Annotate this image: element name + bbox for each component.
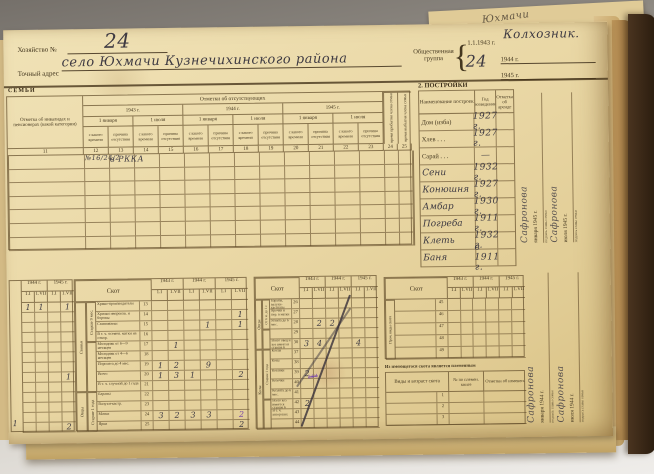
cell-value <box>233 350 249 359</box>
cell-value <box>185 391 201 400</box>
cell-value <box>217 390 233 399</box>
jan-header: 1 января <box>183 115 233 126</box>
cell-value <box>513 346 526 357</box>
cell-value <box>36 373 49 382</box>
pedigree-rows: 1 2 3 <box>386 391 526 426</box>
buildings-title: 2. ПОСТРОЙКИ <box>418 82 468 90</box>
jul-header: 1 июля <box>133 116 183 127</box>
cell-value <box>184 341 200 350</box>
cell <box>185 153 210 166</box>
cell-value <box>154 421 170 430</box>
signatures-1945: Сафронова января 1945 г. подпись главы с… <box>518 92 580 243</box>
row-number: 25 <box>142 421 154 430</box>
year-header: 1944 г. <box>184 278 216 289</box>
cell-value <box>168 321 184 330</box>
cell <box>10 237 86 251</box>
cell-value <box>48 302 61 311</box>
row-number: 21 <box>141 381 153 390</box>
cell <box>360 178 385 191</box>
household-number-label: Хозяйство № <box>17 45 56 54</box>
cell <box>9 169 85 183</box>
cell-value <box>366 358 379 367</box>
left-livestock-table: 1944 г. 1945 г. 1.I 1.VII 1.I 1.VII 1 1 … <box>9 279 75 432</box>
cell <box>385 178 399 191</box>
row-label: Всего овец и коз имеется старше 6 мес. <box>270 339 292 348</box>
cell-value <box>168 301 184 310</box>
cell <box>360 151 385 164</box>
cell-value <box>474 335 487 346</box>
page-stain <box>74 68 164 95</box>
row-number: 18 <box>141 351 153 360</box>
cell-kind <box>386 392 437 403</box>
row-label: Бараны <box>97 391 141 401</box>
cell <box>186 221 211 234</box>
row-label <box>395 299 436 311</box>
cell-value <box>49 392 62 401</box>
cell-value <box>22 323 35 332</box>
col25-header: время выбытия члена семьи <box>397 92 412 144</box>
cell-from <box>86 236 111 249</box>
cell <box>400 232 414 245</box>
row-label: Козлики <box>271 369 293 378</box>
cell-value <box>474 323 487 334</box>
cell-value <box>50 422 63 431</box>
cell <box>160 167 185 180</box>
cell-value <box>201 390 217 399</box>
pigs-rows: Хряки-производители 13 Хрячки непроизв. … <box>96 300 250 432</box>
cell-value <box>300 299 313 308</box>
cell-value <box>513 334 526 345</box>
subcol-from: с какого времени <box>183 125 208 146</box>
cell-number <box>449 392 484 402</box>
cell-value <box>185 351 201 360</box>
building-name: Погреба <box>421 216 476 233</box>
cell-value <box>49 412 62 421</box>
buildings-table: Наименование построек Год возведения Отм… <box>418 89 516 267</box>
cell-value <box>36 403 49 412</box>
cell <box>386 232 400 245</box>
cell-value <box>354 418 367 427</box>
table-row: Баня в 1911 г. <box>421 249 515 267</box>
cell-value: 2 <box>63 422 76 431</box>
year-header: 1943 г. <box>152 279 184 290</box>
cell-value <box>365 318 378 327</box>
cell <box>136 222 161 235</box>
cell-value <box>512 310 525 321</box>
row-label: Хрячки непроизв. и боровы <box>96 311 140 321</box>
cell-value <box>365 298 378 307</box>
cell-value <box>201 350 217 359</box>
row-number: 45 <box>436 299 448 310</box>
cell-value: 3 <box>169 371 185 380</box>
cell-value <box>367 418 380 427</box>
cell-value <box>233 390 249 399</box>
row-label: В т. ч. ангорских <box>271 409 293 418</box>
cell-value: 3 <box>300 339 313 348</box>
cell-value <box>184 321 200 330</box>
cell-value <box>233 400 249 409</box>
cell <box>310 179 335 192</box>
cell-number <box>449 403 484 413</box>
cell-value <box>233 380 249 389</box>
subcol-from: с какого времени <box>333 123 358 144</box>
cell <box>186 235 211 248</box>
cell-value <box>184 311 200 320</box>
row-label: Свиноматки <box>96 321 140 331</box>
cell-value <box>448 299 461 310</box>
cell-value <box>461 335 474 346</box>
cell-value <box>314 399 327 408</box>
cell-value <box>62 382 75 391</box>
col-building-note: Отметка об аренде <box>496 90 513 112</box>
cell <box>161 235 186 248</box>
cell-value <box>36 343 49 352</box>
cell-value <box>366 408 379 417</box>
cell <box>286 220 311 233</box>
row-label: В т. ч. случной до 1 года <box>97 381 141 391</box>
cell-value: 1 <box>168 341 184 350</box>
row-number: 3 <box>438 414 450 424</box>
cell-value <box>341 418 354 427</box>
row-number: 27 <box>292 309 300 318</box>
cell-value <box>352 308 365 317</box>
cell-value <box>500 346 513 357</box>
cell-value <box>48 332 61 341</box>
cell <box>360 192 385 205</box>
cell-kind <box>386 403 437 414</box>
cell-value: 1 <box>153 361 169 370</box>
cell <box>400 205 414 218</box>
cell-value <box>152 341 168 350</box>
subcol-reason: причина отсутствия <box>158 126 183 147</box>
pigs-sheep-table: Скот 1943 г. 1944 г. 1945 г. 1.I 1.VII 1… <box>74 277 249 431</box>
left-table-rows: 1 1 1 <box>22 302 76 433</box>
row-label: Молодняк от 4—6 месяцев <box>97 351 141 361</box>
cell-reason <box>111 209 136 222</box>
cell-value <box>23 353 36 362</box>
cell-value <box>186 421 202 430</box>
cell-value <box>461 311 474 322</box>
cell-value <box>366 398 379 407</box>
table-row: 49 <box>396 346 526 360</box>
cell-value <box>300 319 313 328</box>
row-label: Валухи-кастр. <box>97 401 141 411</box>
cell <box>160 154 185 167</box>
cell-value <box>301 349 314 358</box>
jan-header: 1 января <box>283 114 333 125</box>
cell <box>285 193 310 206</box>
table-title: Скот <box>75 279 152 302</box>
building-name: Баня <box>421 250 476 267</box>
subcol-from: с какого времени <box>133 126 158 147</box>
col-building-name: Наименование построек <box>419 91 475 114</box>
building-year: 1927 г. <box>475 113 497 129</box>
cell-value <box>23 343 36 352</box>
cell <box>136 236 161 249</box>
row-number: 30 <box>292 339 300 348</box>
cell-value <box>300 309 313 318</box>
cell-value <box>487 334 500 345</box>
cell-value <box>61 332 74 341</box>
cell-value: 2 <box>169 411 185 420</box>
cell-value <box>169 381 185 390</box>
cell <box>361 232 386 245</box>
cell-value <box>340 358 353 367</box>
cell-value <box>49 372 62 381</box>
row-number: 29 <box>292 329 300 338</box>
cell-from: №16/24/2 <box>85 155 110 168</box>
table-row: Погреба 1911 г. <box>421 215 515 233</box>
cell-value <box>23 363 36 372</box>
cell-value <box>170 421 186 430</box>
cell-value <box>49 382 62 391</box>
cell <box>399 178 413 191</box>
cell-value <box>62 402 75 411</box>
cell-value <box>216 300 232 309</box>
year-header: 1945 г. <box>352 276 378 287</box>
cell-reason <box>110 195 135 208</box>
cell-value <box>353 368 366 377</box>
cell-value <box>313 329 326 338</box>
cell-value: 3 <box>185 411 201 420</box>
building-name: Сарай . . . <box>420 148 476 165</box>
cell <box>361 219 386 232</box>
cell <box>335 178 360 191</box>
row-label: Молодняк от 6—9 месяцев <box>97 341 141 351</box>
cell-value <box>202 420 218 429</box>
cell <box>385 192 399 205</box>
cell-value <box>352 298 365 307</box>
cell-value <box>36 363 49 372</box>
cell-value <box>200 340 216 349</box>
cell-value <box>216 310 232 319</box>
cell-value <box>168 331 184 340</box>
cell-value <box>340 408 353 417</box>
cell <box>9 196 85 210</box>
cell-value <box>327 389 340 398</box>
cell-value: 1 <box>232 320 248 329</box>
cell <box>185 194 210 207</box>
cell <box>236 234 261 247</box>
cell-reason <box>111 236 136 249</box>
cell <box>286 206 311 219</box>
cell <box>400 218 414 231</box>
cell-value <box>232 330 248 339</box>
cell-value <box>313 309 326 318</box>
cell <box>385 151 399 164</box>
subgroup-empty <box>87 342 98 392</box>
cell-value <box>313 299 326 308</box>
social-group-number: 24 <box>465 51 487 70</box>
cell-value <box>365 338 378 347</box>
cell-value <box>36 353 49 362</box>
row-number: 19 <box>141 361 153 370</box>
row-label <box>395 323 436 335</box>
cell-value <box>217 360 233 369</box>
subgroup: Старше 1 года <box>87 392 98 432</box>
cell <box>260 179 285 192</box>
cell-value <box>366 348 379 357</box>
cell-value <box>62 412 75 421</box>
subcol: 1.VII <box>513 287 525 298</box>
row-label: Козочки <box>271 379 293 388</box>
subcol: 1.VII <box>200 289 216 300</box>
cell-value <box>201 380 217 389</box>
table-row: 2 <box>24 422 76 433</box>
cell-value <box>340 378 353 387</box>
cell-value: 1 <box>200 320 216 329</box>
row-label <box>396 347 437 359</box>
cell-value <box>49 402 62 411</box>
cell <box>385 164 399 177</box>
cell-value: 1 <box>22 303 35 312</box>
row-number: 2 <box>437 403 449 413</box>
building-year: 1927 г. <box>476 181 498 197</box>
subcol: 1.I <box>326 288 339 299</box>
cell <box>235 193 260 206</box>
cell-value <box>36 393 49 402</box>
cell <box>211 207 236 220</box>
cell-value <box>216 340 232 349</box>
cell <box>399 164 413 177</box>
row-number: 47 <box>436 323 448 334</box>
cell <box>10 223 86 237</box>
cell <box>310 165 335 178</box>
subcol: 1.VII <box>35 292 48 303</box>
cell-value <box>365 308 378 317</box>
jul-header: 1 июля <box>333 113 383 124</box>
cell-value <box>499 310 512 321</box>
family-section-label: СЕМЬИ <box>8 88 36 94</box>
cell-value <box>217 380 233 389</box>
cell-value: 1 <box>232 310 248 319</box>
subcol-reason: причина отсутствия <box>358 123 383 144</box>
jan-header: 1 января <box>83 116 133 127</box>
col-pedigree-number: № по племен. книге <box>449 372 484 392</box>
table-row: 3 <box>387 413 527 426</box>
row-label <box>272 419 294 428</box>
row-number: 20 <box>141 371 153 380</box>
building-note <box>498 181 515 197</box>
cell-value <box>200 330 216 339</box>
buildings-rows: Дом (изба) 1927 г. Хлев . . . 1927 г. Са… <box>418 113 516 267</box>
subcol: 1.VII <box>232 289 248 300</box>
subcol: 1.I <box>184 290 200 301</box>
table-row: Конюшня 1927 г. <box>420 181 514 199</box>
row-label: Хряки-производители <box>96 301 140 311</box>
cell <box>210 194 235 207</box>
cell <box>161 222 186 235</box>
cell-value <box>48 312 61 321</box>
subcol-reason: причина отсутствия <box>308 124 333 145</box>
cell-value <box>499 322 512 333</box>
subcol-from: с какого времени <box>283 124 308 145</box>
cell-reason: в РККА <box>110 154 135 167</box>
cell-kind <box>387 414 438 425</box>
row-number: 16 <box>140 331 152 340</box>
building-note <box>497 130 514 146</box>
cell-value <box>48 322 61 331</box>
group-sheep: Овцы <box>76 392 88 432</box>
row-number: 46 <box>436 311 448 322</box>
cell-value <box>500 334 513 345</box>
cell-value <box>23 393 36 402</box>
cell-value <box>366 388 379 397</box>
cell-value <box>62 392 75 401</box>
cell-value <box>36 413 49 422</box>
cell-value <box>185 401 201 410</box>
cell <box>285 152 310 165</box>
cell-reason <box>111 222 136 235</box>
cell <box>160 194 185 207</box>
cell-value <box>61 312 74 321</box>
cell <box>311 233 336 246</box>
cell-value <box>201 370 217 379</box>
row-label: Ягнята до 6 мес. <box>270 319 292 328</box>
cell <box>160 181 185 194</box>
cell <box>311 206 336 219</box>
cell-value <box>300 329 313 338</box>
cell-value <box>217 410 233 419</box>
building-note <box>498 232 515 248</box>
cell <box>336 206 361 219</box>
cell-value <box>366 378 379 387</box>
subcol: 1.I <box>48 291 61 302</box>
photo-scene: Юхмачи Хозяйство № 24 Точный адрес село … <box>0 0 654 474</box>
cell <box>335 165 360 178</box>
cell <box>260 152 285 165</box>
signature-column: Сафронова января 1945 г. подпись главы с… <box>518 93 550 243</box>
cell-value <box>152 321 168 330</box>
building-note <box>497 147 514 163</box>
cell-value <box>153 351 169 360</box>
cell-reason <box>110 182 135 195</box>
cell-value <box>474 347 487 358</box>
cell-value <box>23 373 36 382</box>
cell-value <box>24 423 37 432</box>
cell <box>186 208 211 221</box>
cell-value: 9 <box>201 360 217 369</box>
cell-value: 4 <box>352 338 365 347</box>
cell <box>235 153 260 166</box>
row-label: Ярки <box>98 421 142 431</box>
cell-value <box>200 300 216 309</box>
cell-from <box>86 209 111 222</box>
cell <box>10 209 86 223</box>
cell <box>135 154 160 167</box>
building-year: в 1911 г. <box>476 249 498 265</box>
cell-value <box>327 369 340 378</box>
cell-from <box>85 182 110 195</box>
building-note <box>498 198 515 214</box>
cell-value <box>340 398 353 407</box>
year-header: 1943 г. <box>300 277 326 288</box>
date-1944-label: 1944 г. <box>501 55 596 64</box>
cell-value <box>49 352 62 361</box>
table-row: 44 <box>272 418 380 430</box>
row-label <box>270 329 292 338</box>
cell-value <box>448 323 461 334</box>
row-label: Всего <box>97 371 141 381</box>
col-change-notes: Отметки об изменен. <box>484 371 526 392</box>
subcol: 1.VII <box>365 287 378 298</box>
cell-value: 1 <box>61 302 74 311</box>
subcol-from: с какого времени <box>83 127 108 148</box>
building-name: Дом (изба) <box>419 114 474 131</box>
row-number: 28 <box>292 319 300 328</box>
row-number: 43 <box>293 409 301 418</box>
cell-value: 1 <box>153 371 169 380</box>
